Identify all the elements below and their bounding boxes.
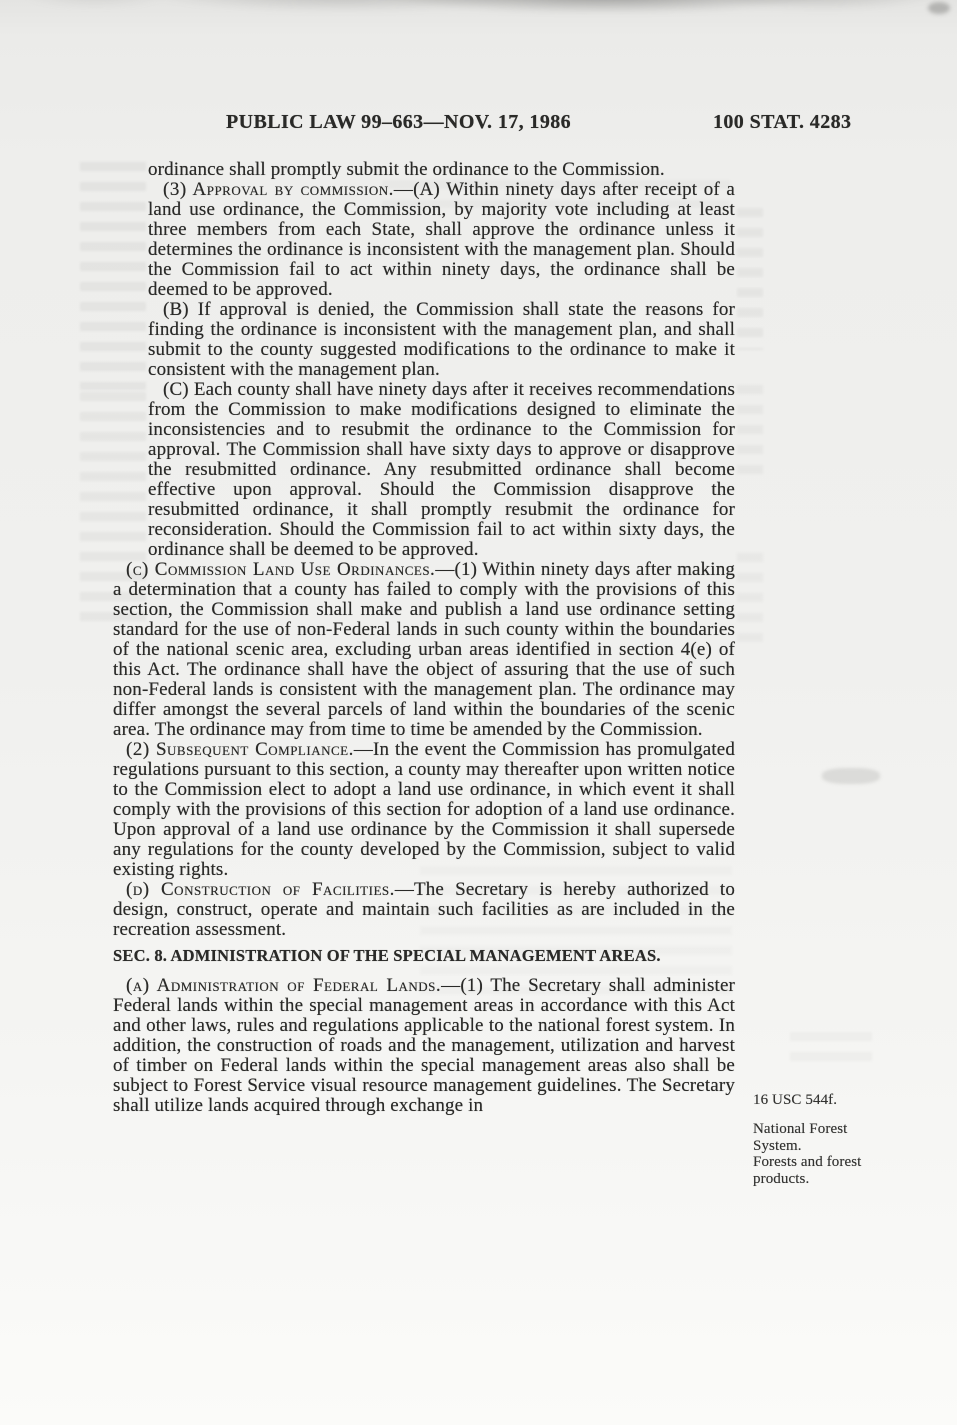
small-caps-lead: (3) Approval by commission.: [163, 179, 394, 200]
scan-mark-top-right: [928, 2, 950, 14]
small-caps-lead: (c) Commission Land Use Ordinances.: [126, 559, 435, 580]
paragraph-text: (B) If approval is denied, the Commissio…: [148, 299, 735, 380]
bleed-through-ghost: [737, 208, 763, 350]
paragraph-text: ordinance shall promptly submit the ordi…: [148, 159, 665, 180]
paragraph-d-construction-of-facilities: (d) Construction of Facilities.—The Secr…: [113, 880, 735, 940]
small-caps-lead: (2) Subsequent Compliance.: [126, 739, 354, 760]
paragraph-2-subsequent-compliance: (2) Subsequent Compliance.—In the event …: [113, 740, 735, 880]
law-citation: PUBLIC LAW 99–663—NOV. 17, 1986: [226, 111, 571, 134]
paragraph-a-administration-of-federal-lands: (a) Administration of Federal Lands.—(1)…: [113, 976, 735, 1116]
small-caps-lead: (d) Construction of Facilities.: [126, 879, 395, 900]
margin-note-subject: National Forest System. Forests and fore…: [753, 1121, 878, 1187]
bleed-through-ghost: [737, 553, 763, 645]
margin-note-line: National Forest System.: [753, 1121, 878, 1154]
paragraph-text: (C) Each county shall have ninety days a…: [148, 379, 735, 560]
paragraph-text: —(1) The Secretary shall administer Fede…: [113, 975, 735, 1116]
bleed-through-ghost: [737, 385, 763, 477]
margin-note-line: Forests and forest products.: [753, 1154, 878, 1187]
indented-subsection-block: ordinance shall promptly submit the ordi…: [148, 160, 735, 560]
scanned-statute-page: PUBLIC LAW 99–663—NOV. 17, 1986 100 STAT…: [0, 0, 957, 1425]
stat-page-citation: 100 STAT. 4283: [713, 111, 851, 134]
section-8-heading: SEC. 8. ADMINISTRATION OF THE SPECIAL MA…: [113, 946, 735, 966]
margin-note-usc-citation: 16 USC 544f.: [753, 1092, 878, 1109]
small-caps-lead: (a) Administration of Federal Lands.: [126, 975, 441, 996]
paragraph-text: —(1) Within ninety days after making a d…: [113, 559, 735, 740]
paragraph-c-commission-land-use-ordinances: (c) Commission Land Use Ordinances.—(1) …: [113, 560, 735, 740]
bleed-through-ghost: [790, 1032, 872, 1064]
scan-smudge-top: [0, 0, 957, 22]
paragraph-C-county-resubmit: (C) Each county shall have ninety days a…: [148, 380, 735, 560]
bleed-through-blot: [822, 768, 880, 784]
statute-text-column: ordinance shall promptly submit the ordi…: [113, 160, 735, 1116]
paragraph-B-approval-denied: (B) If approval is denied, the Commissio…: [148, 300, 735, 380]
paragraph-continuation: ordinance shall promptly submit the ordi…: [148, 160, 735, 180]
paragraph-3-approval-by-commission: (3) Approval by commission.—(A) Within n…: [148, 180, 735, 300]
paragraph-text: —In the event the Commission has promulg…: [113, 739, 735, 880]
